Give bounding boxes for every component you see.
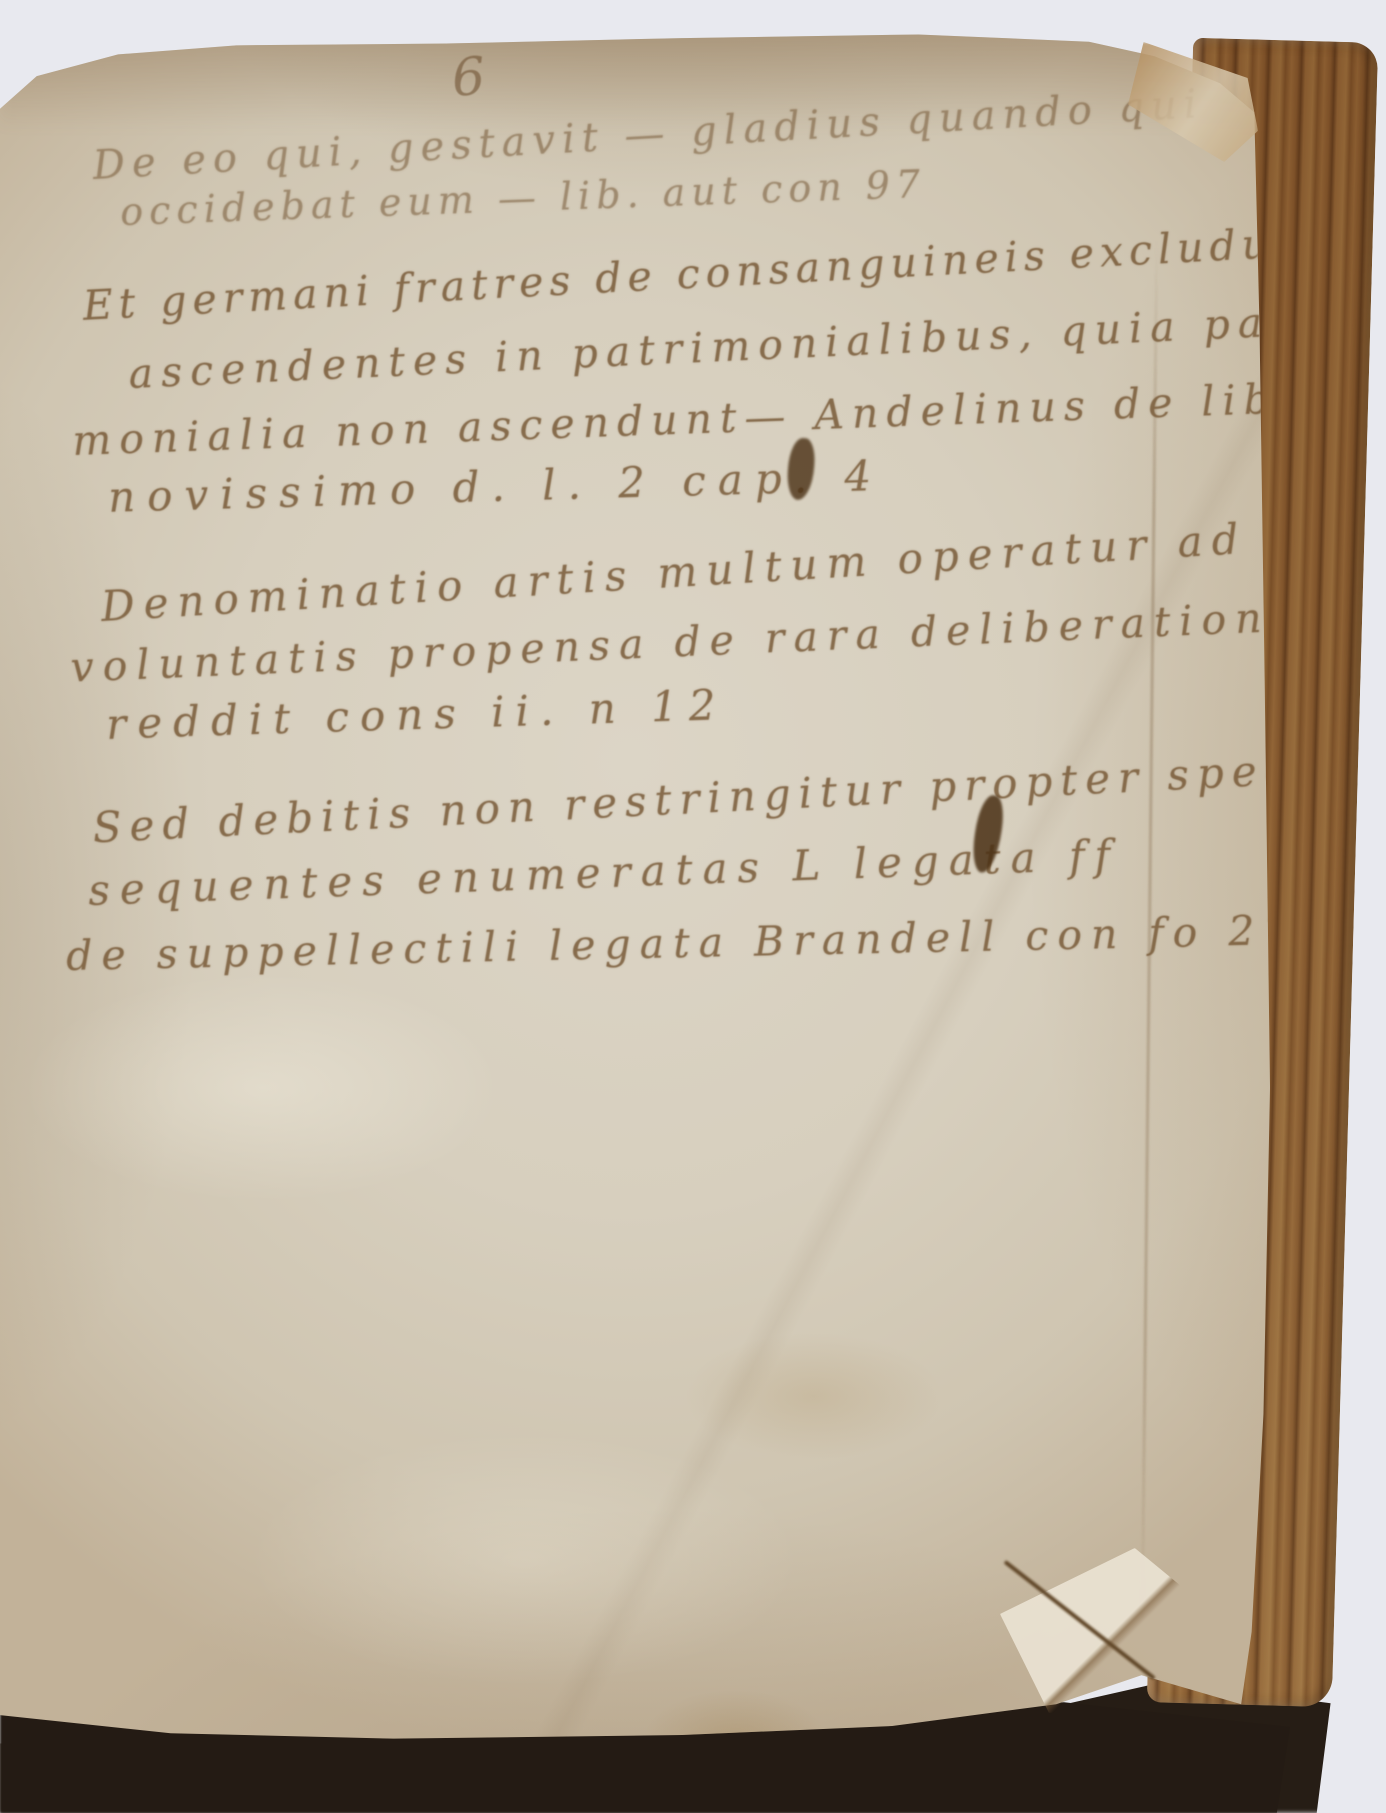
manuscript-line: sequentes enumeratas L legata ff [87, 830, 1120, 915]
manuscript-line: de suppellectili legata Brandell con fo … [66, 904, 1386, 980]
ink-blot [970, 794, 1007, 875]
manuscript-line: Et germani fratres de consanguineis excl… [82, 214, 1377, 330]
manuscript-line: occidebat eum — lib. aut con 97 [119, 162, 926, 234]
ink-blot [786, 437, 816, 501]
manuscript-photo: 6 De eo qui, gestavit — gladius quando q… [0, 0, 1386, 1813]
manuscript-line: Sed debitis non restringitur propter spe… [92, 741, 1381, 853]
page-crease [1141, 240, 1158, 1620]
manuscript-line: De eo qui, gestavit — gladius quando qui [92, 81, 1205, 189]
manuscript-page: 6 De eo qui, gestavit — gladius quando q… [0, 0, 1312, 1813]
manuscript-line: reddit cons ii. n 12 [105, 680, 727, 748]
page-number: 6 [450, 47, 487, 109]
manuscript-line: ascendentes in patrimonialibus, quia pat… [128, 294, 1367, 398]
manuscript-line: Denominatio artis multum operatur ad [100, 514, 1249, 631]
manuscript-line: monialia non ascendunt— Andelinus de lib [72, 375, 1279, 465]
manuscript-line: voluntatis propensa de rara deliberation… [70, 592, 1305, 692]
manuscript-line: novissimo d. l. 2 cap. 4 [107, 451, 883, 522]
